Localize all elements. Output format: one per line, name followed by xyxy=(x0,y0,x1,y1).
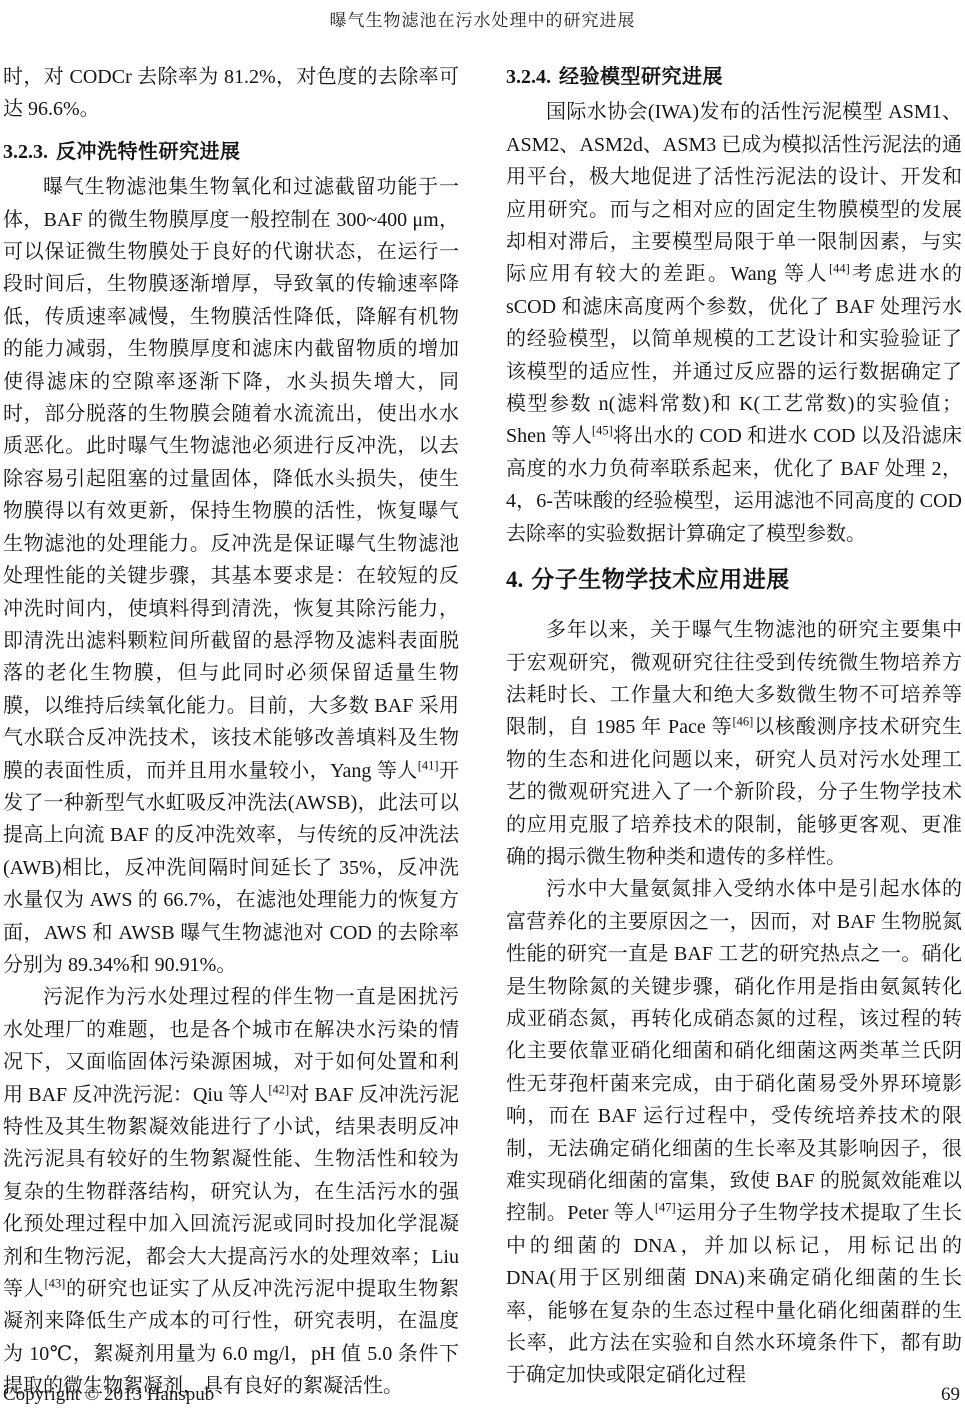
reference-superscript: [47] xyxy=(655,1201,676,1215)
page-number: 69 xyxy=(941,1384,960,1406)
right-column: 3.2.4.经验模型研究进展国际水协会(IWA)发布的活性污泥模型 ASM1、A… xyxy=(506,61,962,1403)
paragraph-text: 的研究也证实了从反冲洗污泥中提取生物絮凝剂来降低生产成本的可行性，研究表明，在温… xyxy=(3,1278,459,1397)
reference-superscript: [43] xyxy=(44,1276,65,1290)
heading-number: 4. xyxy=(506,567,523,592)
paragraph-text: 曝气生物滤池集生物氧化和过滤截留功能于一体，BAF 的微生物膜厚度一般控制在 3… xyxy=(3,176,459,781)
two-column-body: 时，对 CODCr 去除率为 81.2%，对色度的去除率可达 96.6%。3.2… xyxy=(3,61,962,1403)
reference-superscript: [46] xyxy=(732,715,753,729)
body-paragraph: 国际水协会(IWA)发布的活性污泥模型 ASM1、ASM2、ASM2d、ASM3… xyxy=(506,96,962,550)
heading-title: 分子生物学技术应用进展 xyxy=(531,566,790,592)
heading-number: 3.2.4. xyxy=(506,66,551,88)
section-subheading: 3.2.3.反冲洗特性研究进展 xyxy=(3,136,459,168)
paragraph-text: 时，对 CODCr 去除率为 81.2%，对色度的去除率可达 96.6%。 xyxy=(3,66,459,120)
left-column: 时，对 CODCr 去除率为 81.2%，对色度的去除率可达 96.6%。3.2… xyxy=(3,61,459,1403)
heading-title: 反冲洗特性研究进展 xyxy=(56,141,241,163)
paragraph-text: 污水中大量氨氮排入受纳水体中是引起水体的富营养化的主要原因之一，因而，对 BAF… xyxy=(506,878,962,1224)
reference-superscript: [42] xyxy=(268,1082,289,1096)
section-heading: 4.分子生物学技术应用进展 xyxy=(506,561,962,598)
body-paragraph: 污泥作为污水处理过程的伴生物一直是困扰污水处理厂的难题，也是各个城市在解决水污染… xyxy=(3,981,459,1402)
reference-superscript: [44] xyxy=(829,262,850,276)
paper-page: { "page": { "title": "曝气生物滤池在污水处理中的研究进展"… xyxy=(0,0,965,1414)
paragraph-text: 以核酸测序技术研究生物的生态和进化问题以来，研究人员对污水处理工艺的微观研究进入… xyxy=(506,716,962,868)
heading-title: 经验模型研究进展 xyxy=(559,66,723,88)
body-paragraph: 曝气生物滤池集生物氧化和过滤截留功能于一体，BAF 的微生物膜厚度一般控制在 3… xyxy=(3,171,459,981)
paragraph-text: 开发了一种新型气水虹吸反冲洗法(AWSB)，此法可以提高上向流 BAF 的反冲洗… xyxy=(3,760,459,976)
page-footer: Copyright © 2013 Hanspub 69 xyxy=(3,1384,960,1406)
reference-superscript: [41] xyxy=(418,758,439,772)
paragraph-text: 考虑进水的 sCOD 和滤床高度两个参数，优化了 BAF 处理污水的经验模型，以… xyxy=(506,263,962,447)
copyright-text: Copyright © 2013 Hanspub xyxy=(3,1384,214,1406)
heading-number: 3.2.3. xyxy=(3,141,48,163)
page-header-running-title: 曝气生物滤池在污水处理中的研究进展 xyxy=(0,6,965,31)
section-subheading: 3.2.4.经验模型研究进展 xyxy=(506,61,962,93)
reference-superscript: [45] xyxy=(592,424,613,438)
paragraph-text: 国际水协会(IWA)发布的活性污泥模型 ASM1、ASM2、ASM2d、ASM3… xyxy=(506,101,962,285)
paragraph-text: 运用分子生物学技术提取了生长中的细菌的 DNA，并加以标记，用标记出的 DNA(… xyxy=(506,1202,962,1386)
body-paragraph: 污水中大量氨氮排入受纳水体中是引起水体的富营养化的主要原因之一，因而，对 BAF… xyxy=(506,873,962,1392)
paragraph-text: 对 BAF 反冲洗污泥特性及其生物絮凝效能进行了小试，结果表明反冲洗污泥具有较好… xyxy=(3,1084,459,1300)
body-paragraph: 多年以来，关于曝气生物滤池的研究主要集中于宏观研究，微观研究往往受到传统微生物培… xyxy=(506,614,962,873)
body-paragraph: 时，对 CODCr 去除率为 81.2%，对色度的去除率可达 96.6%。 xyxy=(3,61,459,126)
